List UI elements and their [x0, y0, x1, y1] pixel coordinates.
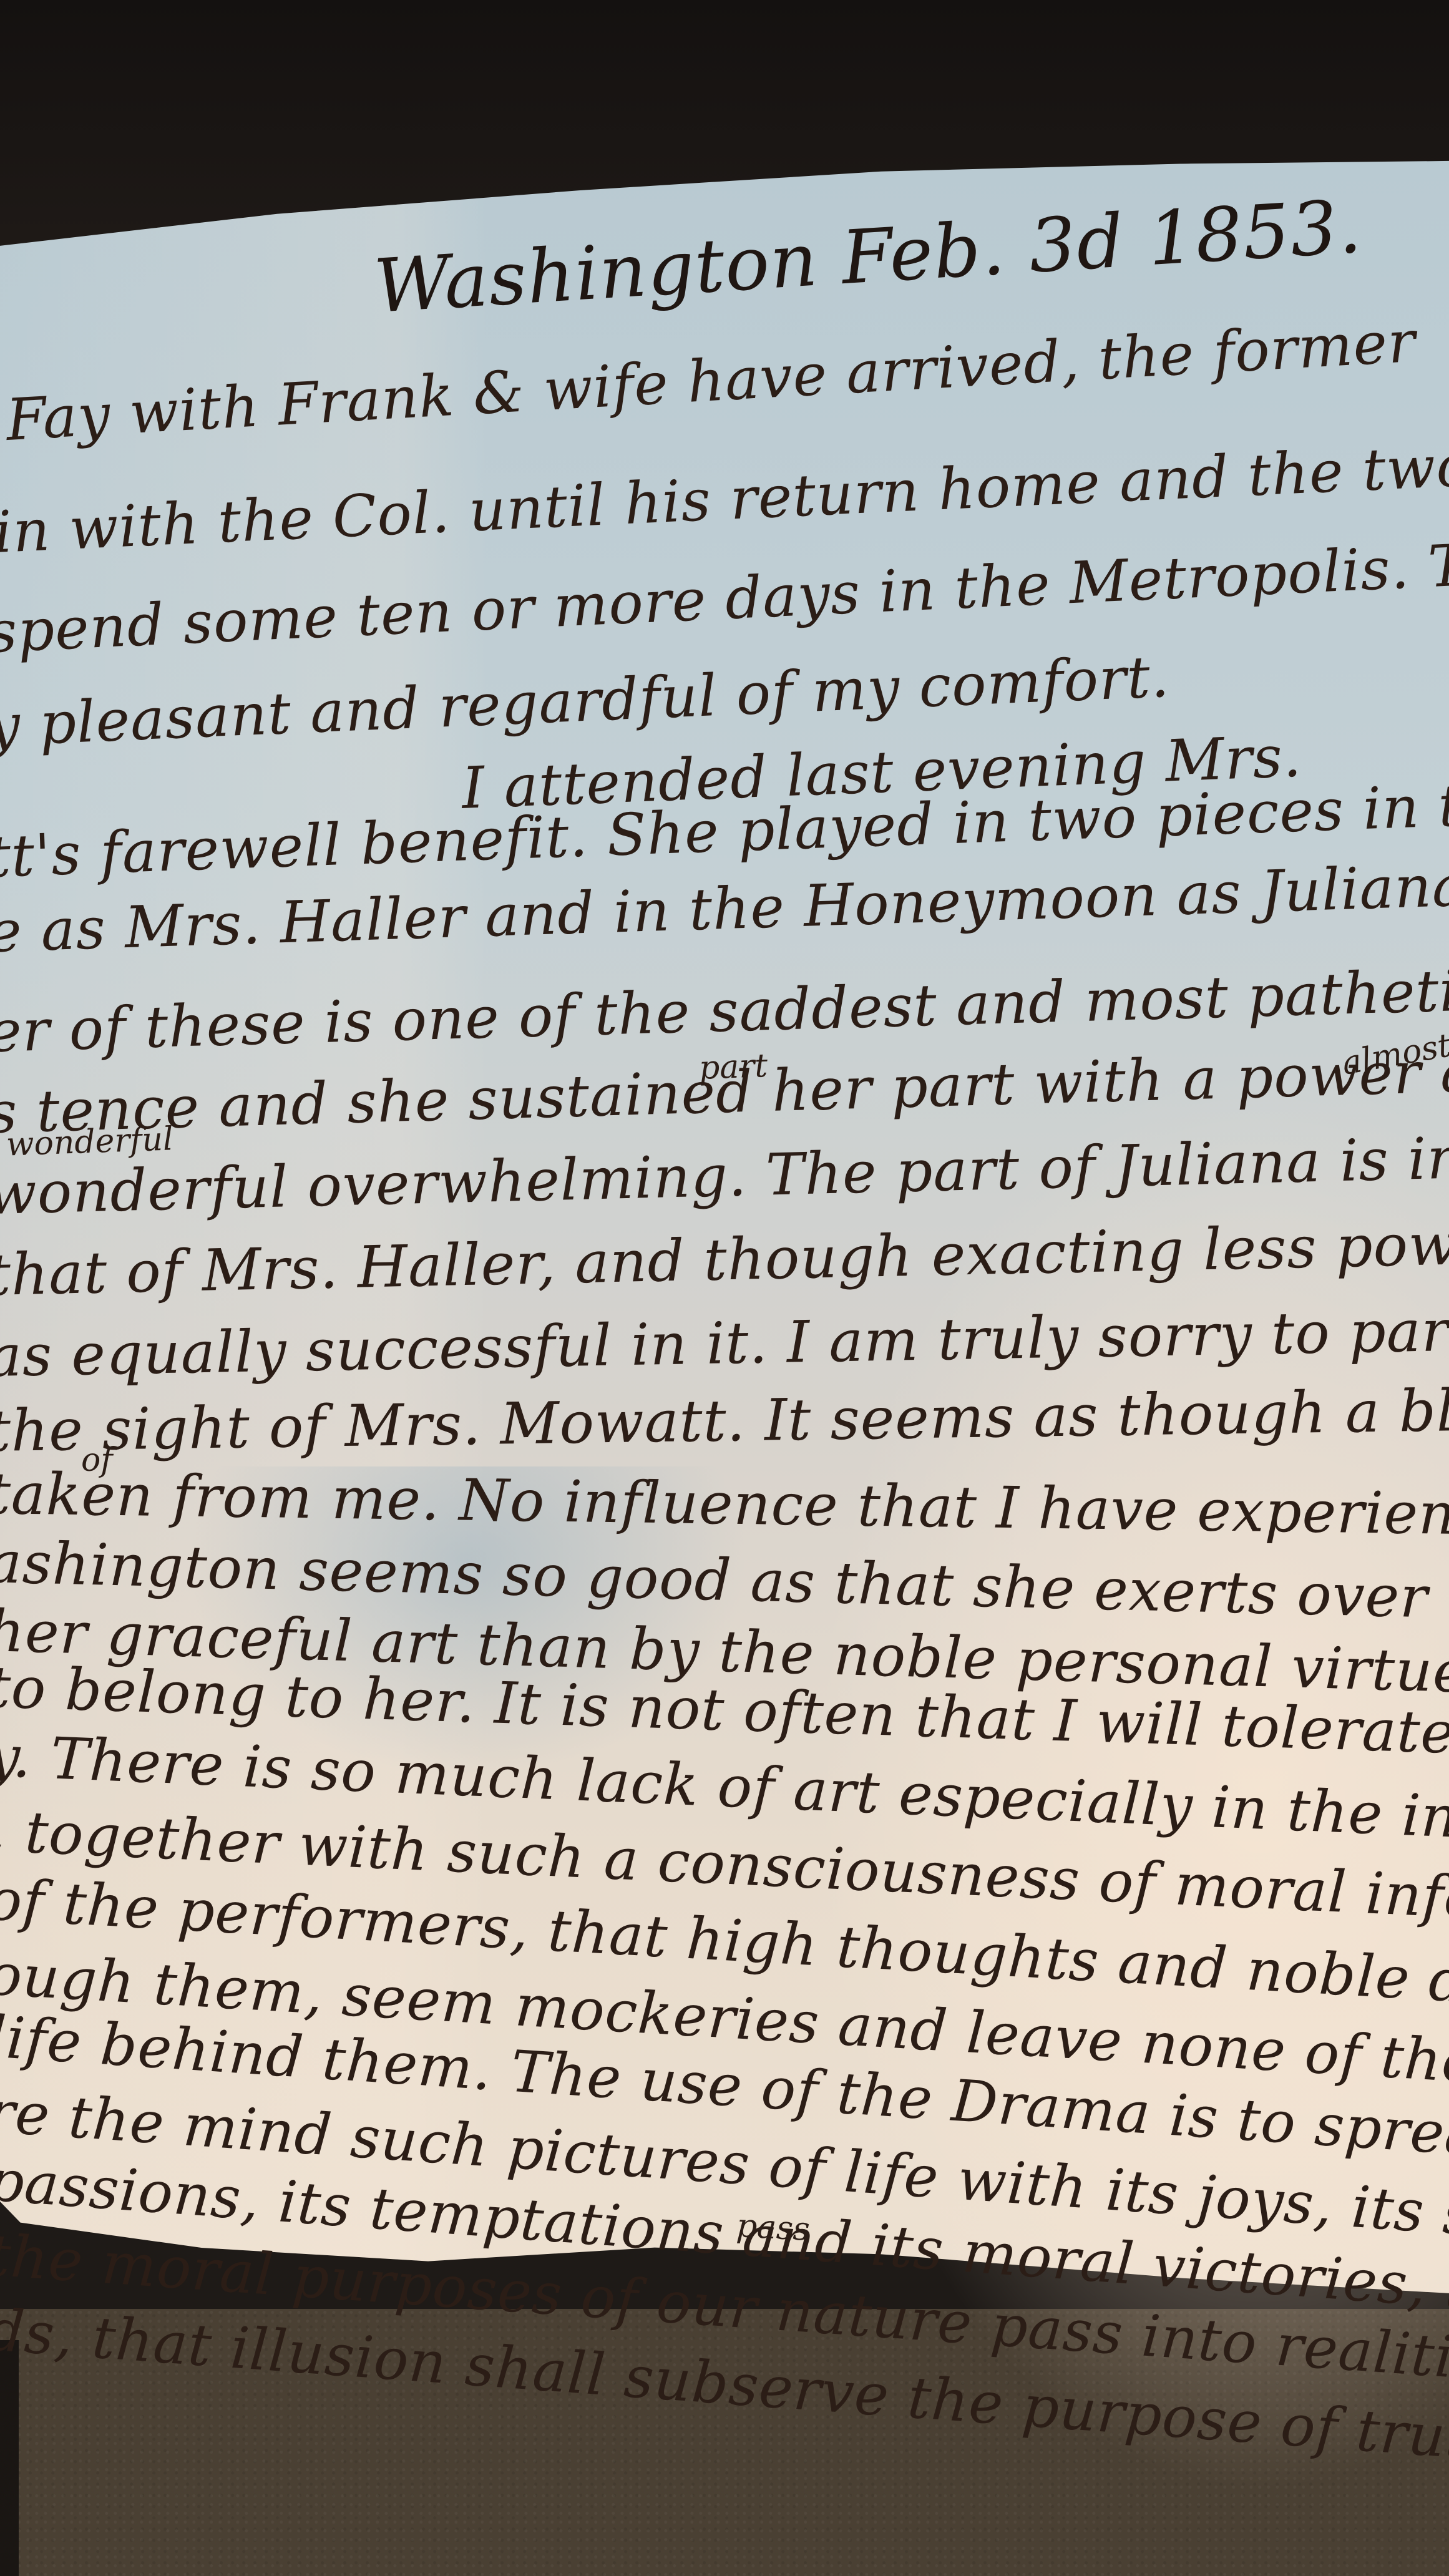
heading-date: Feb. 3d 1853. [839, 183, 1365, 301]
date-heading: Washington Feb. 3d 1853. [372, 183, 1364, 329]
heading-place: Washington [372, 217, 821, 329]
insertion-pass: pass [736, 2207, 811, 2248]
photo-scene: Washington Feb. 3d 1853. Fay with Frank … [0, 0, 1449, 2576]
text-line-12: as equally successful in it. I am truly … [0, 1297, 1449, 1390]
handwritten-text: Washington Feb. 3d 1853. Fay with Frank … [0, 0, 1449, 2576]
text-line-1: Fay with Frank & wife have arrived, the … [4, 308, 1417, 454]
text-line-13: the sight of Mrs. Mowatt. It seems as th… [0, 1375, 1449, 1465]
